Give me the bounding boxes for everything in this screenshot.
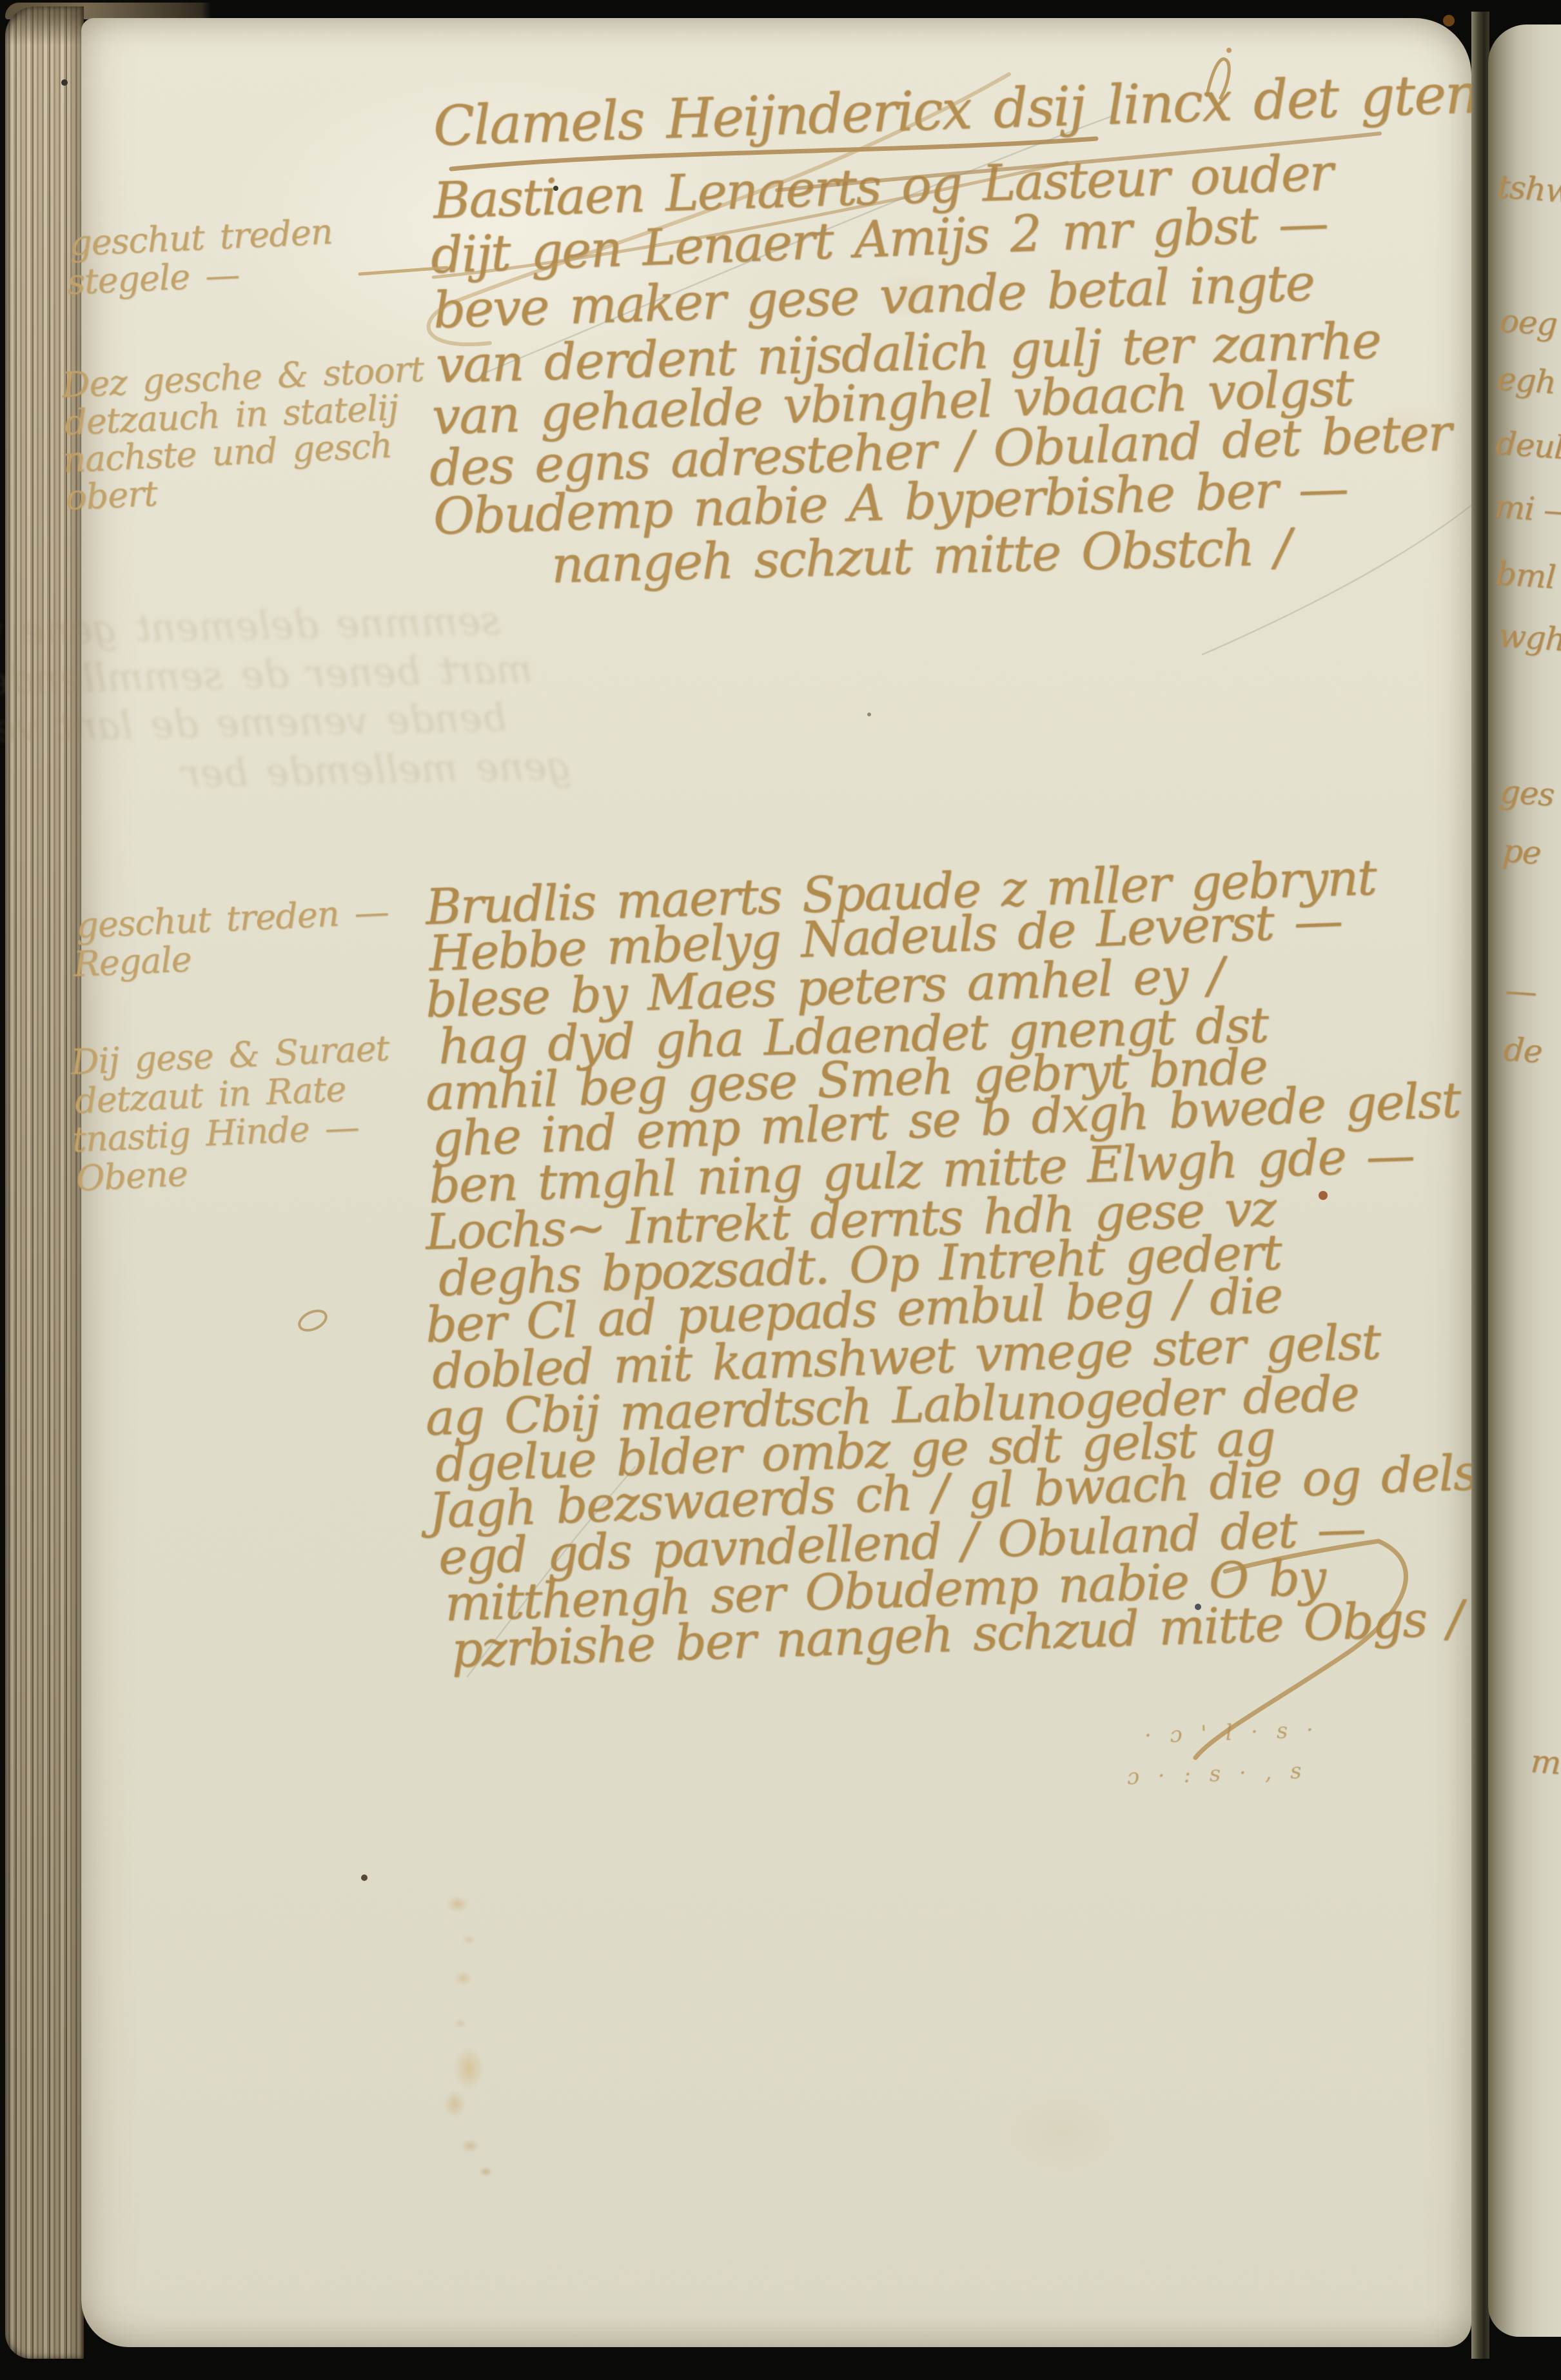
- paper-stain-trail: [404, 1882, 545, 2204]
- margin-note-line: Obene: [75, 1153, 188, 1199]
- facing-text-fragment: egh: [1496, 360, 1557, 401]
- facing-text-fragment: mi —: [1493, 487, 1561, 531]
- margin-note-line: obert: [65, 473, 158, 518]
- facing-page-sliver: tshw oeg b egh deul mi — bml wgh ges pe …: [1488, 25, 1561, 2337]
- facing-text-fragment: —: [1504, 971, 1538, 1010]
- ghost-line: gene mellemde ber: [181, 743, 571, 797]
- facing-text-fragment: oeg b: [1498, 302, 1561, 345]
- facing-text-fragment: bml: [1495, 555, 1556, 596]
- facing-text-fragment: pe: [1501, 832, 1542, 872]
- facing-text-fragment: tshw: [1496, 168, 1561, 210]
- ghost-line: bende veneme de lant ver: [0, 695, 507, 751]
- facing-text-fragment: wgh: [1497, 616, 1561, 658]
- manuscript-scan: semmne delement gene ver mart bener de s…: [0, 0, 1561, 2380]
- facing-text-fragment: ges: [1498, 772, 1555, 814]
- ghost-line: semmne delement gene ver: [0, 598, 501, 655]
- facing-text-fragment: m: [1529, 1742, 1561, 1782]
- book-spine-page-edges: [5, 6, 84, 2359]
- page-gutter-shadow: [1471, 12, 1489, 2359]
- margin-note-line: Regale: [73, 939, 192, 985]
- edge-speck: [1443, 15, 1455, 26]
- facing-text-fragment: deul: [1495, 424, 1561, 466]
- margin-note-line: stegele —: [66, 254, 241, 302]
- facing-text-fragment: de: [1502, 1030, 1544, 1070]
